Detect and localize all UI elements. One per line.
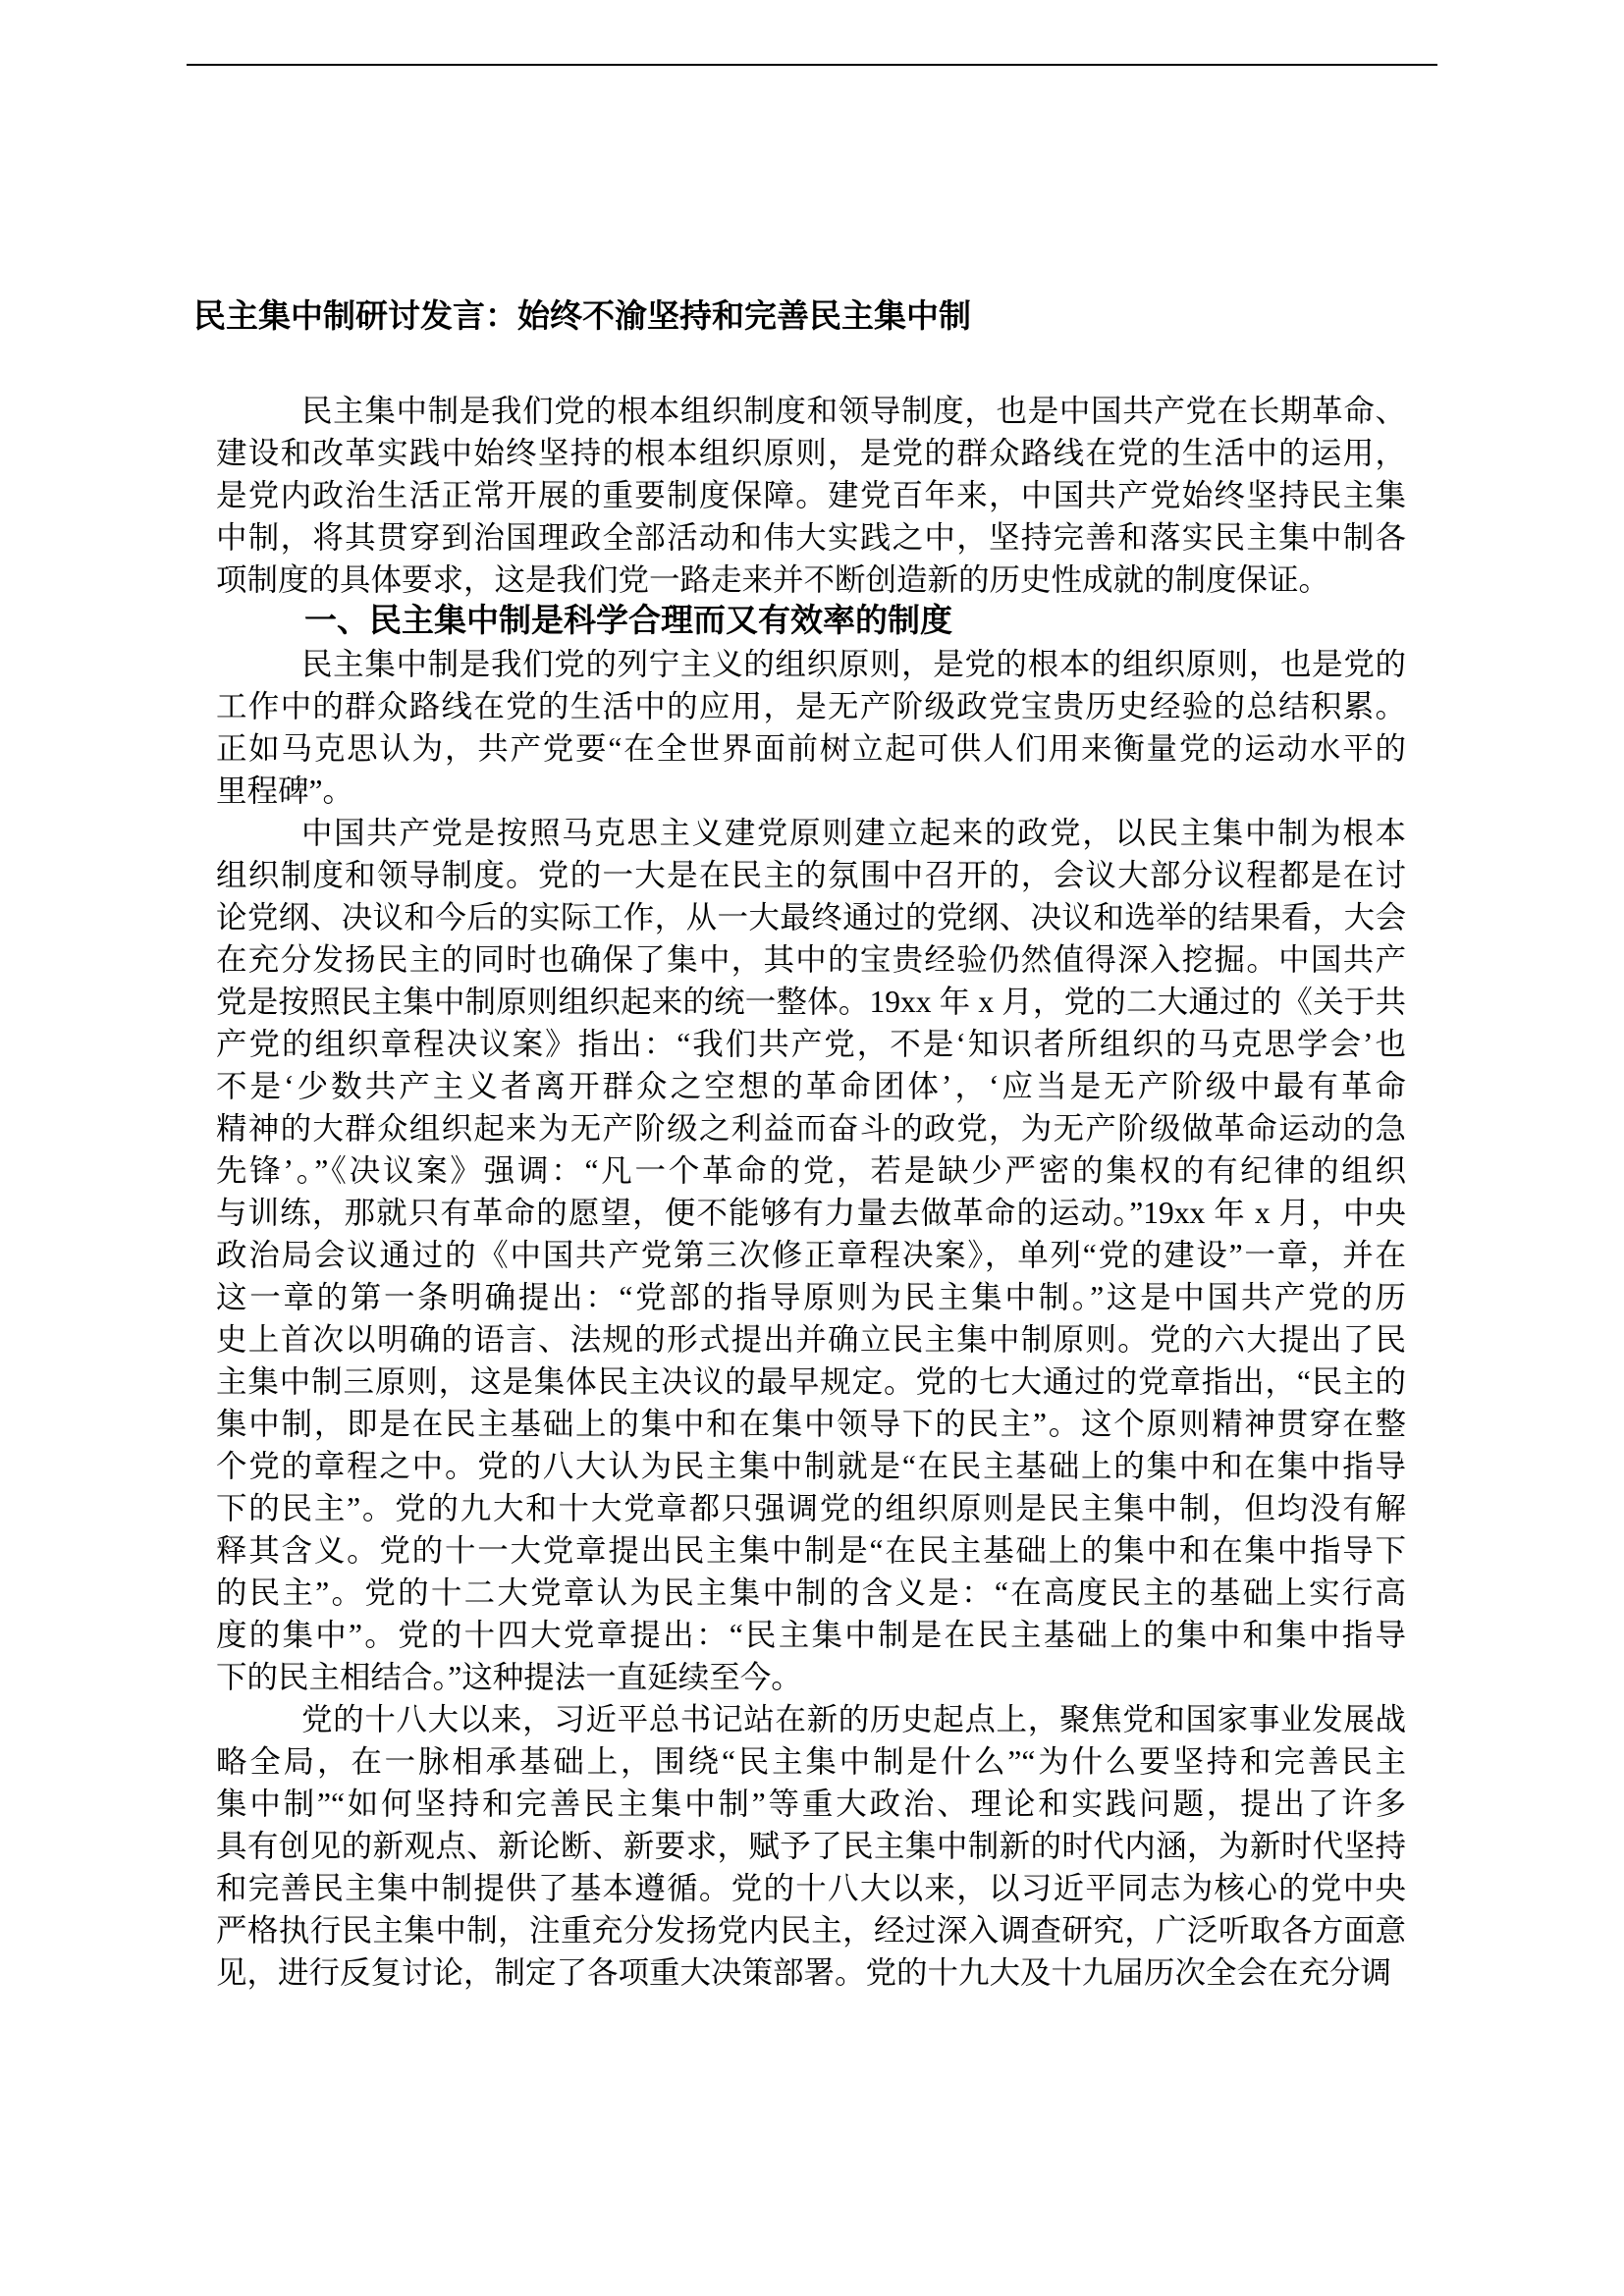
text-line: 这一章的第一条明确提出：“党部的指导原则为民主集中制。”这是中国共产党的历	[216, 1276, 1406, 1318]
paragraph: 民主集中制是我们党的列宁主义的组织原则，是党的根本的组织原则，也是党的工作中的群…	[216, 643, 1406, 812]
document-body: 民主集中制是我们党的根本组织制度和领导制度，也是中国共产党在长期革命、建设和改革…	[216, 390, 1406, 1994]
text-line: 具有创见的新观点、新论断、新要求，赋予了民主集中制新的时代内涵，为新时代坚持	[216, 1825, 1406, 1867]
text-line: 民主集中制是我们党的根本组织制度和领导制度，也是中国共产党在长期革命、	[216, 390, 1406, 432]
section-heading: 一、民主集中制是科学合理而又有效率的制度	[216, 601, 1406, 643]
text-line: 工作中的群众路线在党的生活中的应用，是无产阶级政党宝贵历史经验的总结积累。	[216, 685, 1406, 727]
text-line: 在充分发扬民主的同时也确保了集中，其中的宝贵经验仍然值得深入挖掘。中国共产	[216, 938, 1406, 981]
document-title: 民主集中制研讨发言：始终不渝坚持和完善民主集中制	[193, 295, 1435, 340]
text-line: 政治局会议通过的《中国共产党第三次修正章程决案》，单列“党的建设”一章，并在	[216, 1234, 1406, 1276]
text-line: 一、民主集中制是科学合理而又有效率的制度	[216, 601, 1406, 643]
text-line: 产党的组织章程决议案》指出：“我们共产党，不是‘知识者所组织的马克思学会’也	[216, 1023, 1406, 1065]
text-line: 建设和改革实践中始终坚持的根本组织原则，是党的群众路线在党的生活中的运用，	[216, 432, 1406, 474]
text-line: 见，进行反复讨论，制定了各项重大决策部署。党的十九大及十九届历次全会在充分调	[216, 1951, 1406, 1994]
text-line: 略全局，在一脉相承基础上，围绕“民主集中制是什么”“为什么要坚持和完善民主	[216, 1740, 1406, 1783]
text-line: 里程碑”。	[216, 770, 1406, 812]
header-rule	[187, 64, 1437, 66]
text-line: 下的民主相结合。”这种提法一直延续至今。	[216, 1656, 1406, 1698]
paragraph: 中国共产党是按照马克思主义建党原则建立起来的政党，以民主集中制为根本组织制度和领…	[216, 812, 1406, 1698]
text-line: 集中制，即是在民主基础上的集中和在集中领导下的民主”。这个原则精神贯穿在整	[216, 1403, 1406, 1445]
text-line: 是党内政治生活正常开展的重要制度保障。建党百年来，中国共产党始终坚持民主集	[216, 474, 1406, 516]
text-line: 民主集中制是我们党的列宁主义的组织原则，是党的根本的组织原则，也是党的	[216, 643, 1406, 685]
text-line: 正如马克思认为，共产党要“在全世界面前树立起可供人们用来衡量党的运动水平的	[216, 727, 1406, 770]
text-line: 集中制”“如何坚持和完善民主集中制”等重大政治、理论和实践问题，提出了许多	[216, 1783, 1406, 1825]
document-content: 民主集中制研讨发言：始终不渝坚持和完善民主集中制 民主集中制是我们党的根本组织制…	[193, 295, 1435, 1994]
text-line: 个党的章程之中。党的八大认为民主集中制就是“在民主基础上的集中和在集中指导	[216, 1445, 1406, 1487]
text-line: 组织制度和领导制度。党的一大是在民主的氛围中召开的，会议大部分议程都是在讨	[216, 854, 1406, 896]
text-line: 的民主”。党的十二大党章认为民主集中制的含义是：“在高度民主的基础上实行高	[216, 1572, 1406, 1614]
text-line: 党的十八大以来，习近平总书记站在新的历史起点上，聚焦党和国家事业发展战	[216, 1698, 1406, 1740]
paragraph: 民主集中制是我们党的根本组织制度和领导制度，也是中国共产党在长期革命、建设和改革…	[216, 390, 1406, 601]
text-line: 不是‘少数共产主义者离开群众之空想的革命团体’，‘应当是无产阶级中最有革命	[216, 1065, 1406, 1107]
text-line: 下的民主”。党的九大和十大党章都只强调党的组织原则是民主集中制，但均没有解	[216, 1487, 1406, 1529]
text-line: 与训练，那就只有革命的愿望，便不能够有力量去做革命的运动。”19xx 年 x 月…	[216, 1192, 1406, 1234]
text-line: 度的集中”。党的十四大党章提出：“民主集中制是在民主基础上的集中和集中指导	[216, 1614, 1406, 1656]
paragraph: 党的十八大以来，习近平总书记站在新的历史起点上，聚焦党和国家事业发展战略全局，在…	[216, 1698, 1406, 1994]
document-page: 民主集中制研讨发言：始终不渝坚持和完善民主集中制 民主集中制是我们党的根本组织制…	[0, 0, 1624, 2296]
text-line: 中国共产党是按照马克思主义建党原则建立起来的政党，以民主集中制为根本	[216, 812, 1406, 854]
text-line: 项制度的具体要求，这是我们党一路走来并不断创造新的历史性成就的制度保证。	[216, 559, 1406, 601]
text-line: 史上首次以明确的语言、法规的形式提出并确立民主集中制原则。党的六大提出了民	[216, 1318, 1406, 1361]
text-line: 主集中制三原则，这是集体民主决议的最早规定。党的七大通过的党章指出，“民主的	[216, 1361, 1406, 1403]
text-line: 中制，将其贯穿到治国理政全部活动和伟大实践之中，坚持完善和落实民主集中制各	[216, 516, 1406, 559]
text-line: 严格执行民主集中制，注重充分发扬党内民主，经过深入调查研究，广泛听取各方面意	[216, 1909, 1406, 1951]
text-line: 释其含义。党的十一大党章提出民主集中制是“在民主基础上的集中和在集中指导下	[216, 1529, 1406, 1572]
text-line: 精神的大群众组织起来为无产阶级之利益而奋斗的政党，为无产阶级做革命运动的急	[216, 1107, 1406, 1149]
text-line: 先锋’。”《决议案》强调：“凡一个革命的党，若是缺少严密的集权的有纪律的组织	[216, 1149, 1406, 1192]
text-line: 和完善民主集中制提供了基本遵循。党的十八大以来，以习近平同志为核心的党中央	[216, 1867, 1406, 1909]
text-line: 论党纲、决议和今后的实际工作，从一大最终通过的党纲、决议和选举的结果看，大会	[216, 896, 1406, 938]
text-line: 党是按照民主集中制原则组织起来的统一整体。19xx 年 x 月，党的二大通过的《…	[216, 981, 1406, 1023]
